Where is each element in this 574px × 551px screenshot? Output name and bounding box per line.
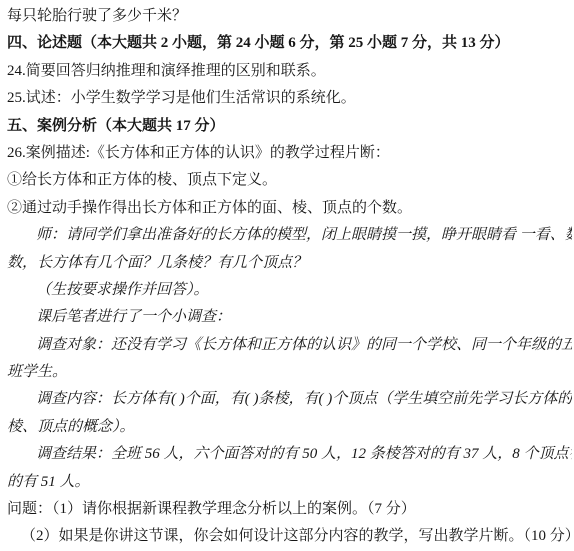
text-line: （生按要求操作并回答）。 xyxy=(7,277,572,304)
text-line: ②通过动手操作得出长方体和正方体的面、棱、顶点的个数。 xyxy=(7,195,572,222)
text-line: 调查内容：长方体有( )个面，有( )条棱，有( )个顶点（学生填空前先学习长方… xyxy=(7,386,572,413)
text-line: 问题：（1）请你根据新课程教学理念分析以上的案例。（7 分） xyxy=(7,496,572,523)
text-line: 数，长方体有几个面？几条棱？有几个顶点？ xyxy=(7,250,572,277)
text-line: 师：请同学们拿出准备好的长方体的模型，闭上眼睛摸一摸，睁开眼睛看 一看、数一 xyxy=(7,222,572,249)
text-line: 26.案例描述:《长方体和正方体的认识》的教学过程片断： xyxy=(7,140,572,167)
text-line: 25.试述：小学生数学学习是他们生活常识的系统化。 xyxy=(7,85,572,112)
text-line: 五、案例分析（本大题共 17 分） xyxy=(7,113,572,140)
text-line: 每只轮胎行驶了多少千米？ xyxy=(7,3,572,30)
text-line: 调查对象：还没有学习《长方体和正方体的认识》的同一个学校、同一个年级的五（3） xyxy=(7,332,572,359)
document-page: 每只轮胎行驶了多少千米？四、论述题（本大题共 2 小题，第 24 小题 6 分，… xyxy=(0,0,574,551)
text-line: 班学生。 xyxy=(7,359,572,386)
text-line: 24.简要回答归纳推理和演绎推理的区别和联系。 xyxy=(7,58,572,85)
text-line: 的有 51 人。 xyxy=(7,469,572,496)
text-line: 四、论述题（本大题共 2 小题，第 24 小题 6 分，第 25 小题 7 分，… xyxy=(7,30,572,57)
text-line: ①给长方体和正方体的棱、顶点下定义。 xyxy=(7,167,572,194)
text-line: 调查结果：全班 56 人，六个面答对的有 50 人，12 条棱答对的有 37 人… xyxy=(7,441,572,468)
text-line: 棱、顶点的概念）。 xyxy=(7,414,572,441)
text-line: 课后笔者进行了一个小调查： xyxy=(7,304,572,331)
text-line: （2）如果是你讲这节课，你会如何设计这部分内容的教学，写出教学片断。（10 分） xyxy=(7,523,572,550)
document-body: 每只轮胎行驶了多少千米？四、论述题（本大题共 2 小题，第 24 小题 6 分，… xyxy=(7,3,572,551)
